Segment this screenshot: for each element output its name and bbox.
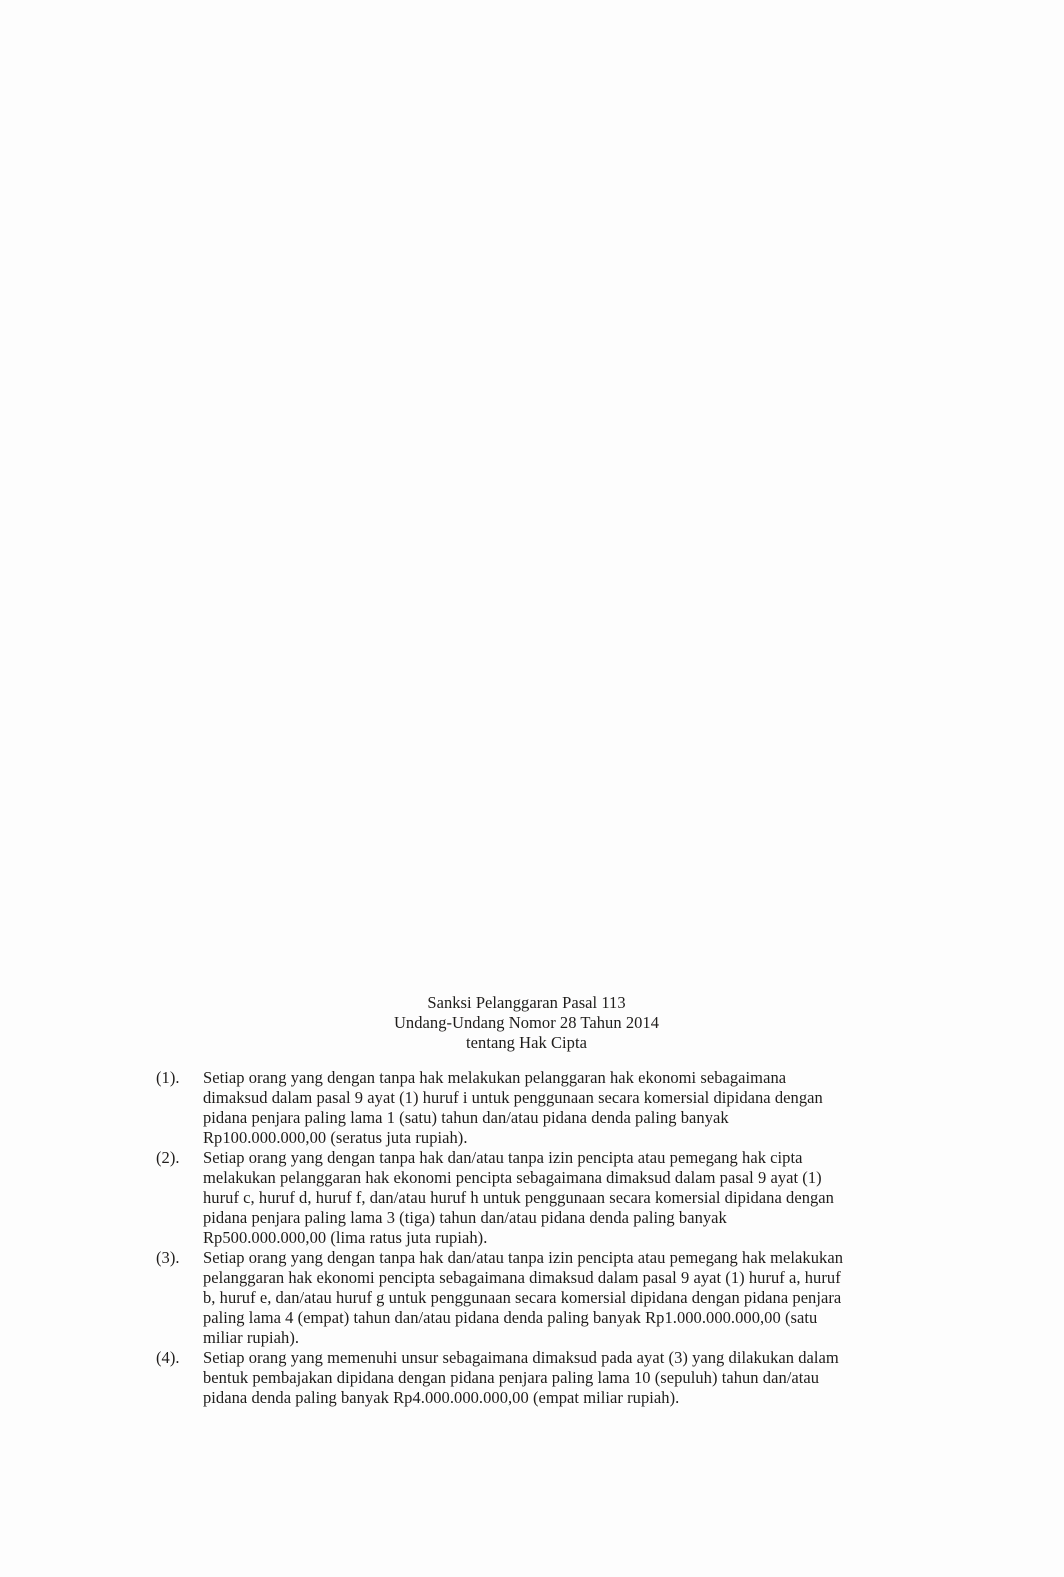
document-page: Sanksi Pelanggaran Pasal 113 Undang-Unda… — [0, 0, 1064, 1577]
notice-title: Sanksi Pelanggaran Pasal 113 Undang-Unda… — [203, 993, 850, 1053]
sanction-list: (1). Setiap orang yang dengan tanpa hak … — [156, 1068, 850, 1408]
list-item: (2). Setiap orang yang dengan tanpa hak … — [156, 1148, 850, 1248]
title-line-2: Undang-Undang Nomor 28 Tahun 2014 — [203, 1013, 850, 1033]
item-text: Setiap orang yang dengan tanpa hak dan/a… — [203, 1148, 850, 1248]
item-number: (2). — [156, 1148, 203, 1168]
item-number: (1). — [156, 1068, 203, 1088]
list-item: (1). Setiap orang yang dengan tanpa hak … — [156, 1068, 850, 1148]
title-line-3: tentang Hak Cipta — [203, 1033, 850, 1053]
item-text: Setiap orang yang dengan tanpa hak melak… — [203, 1068, 850, 1148]
item-text: Setiap orang yang memenuhi unsur sebagai… — [203, 1348, 850, 1408]
item-number: (3). — [156, 1248, 203, 1268]
title-line-1: Sanksi Pelanggaran Pasal 113 — [203, 993, 850, 1013]
item-text: Setiap orang yang dengan tanpa hak dan/a… — [203, 1248, 850, 1348]
list-item: (4). Setiap orang yang memenuhi unsur se… — [156, 1348, 850, 1408]
copyright-sanction-notice: Sanksi Pelanggaran Pasal 113 Undang-Unda… — [156, 993, 850, 1408]
list-item: (3). Setiap orang yang dengan tanpa hak … — [156, 1248, 850, 1348]
item-number: (4). — [156, 1348, 203, 1368]
